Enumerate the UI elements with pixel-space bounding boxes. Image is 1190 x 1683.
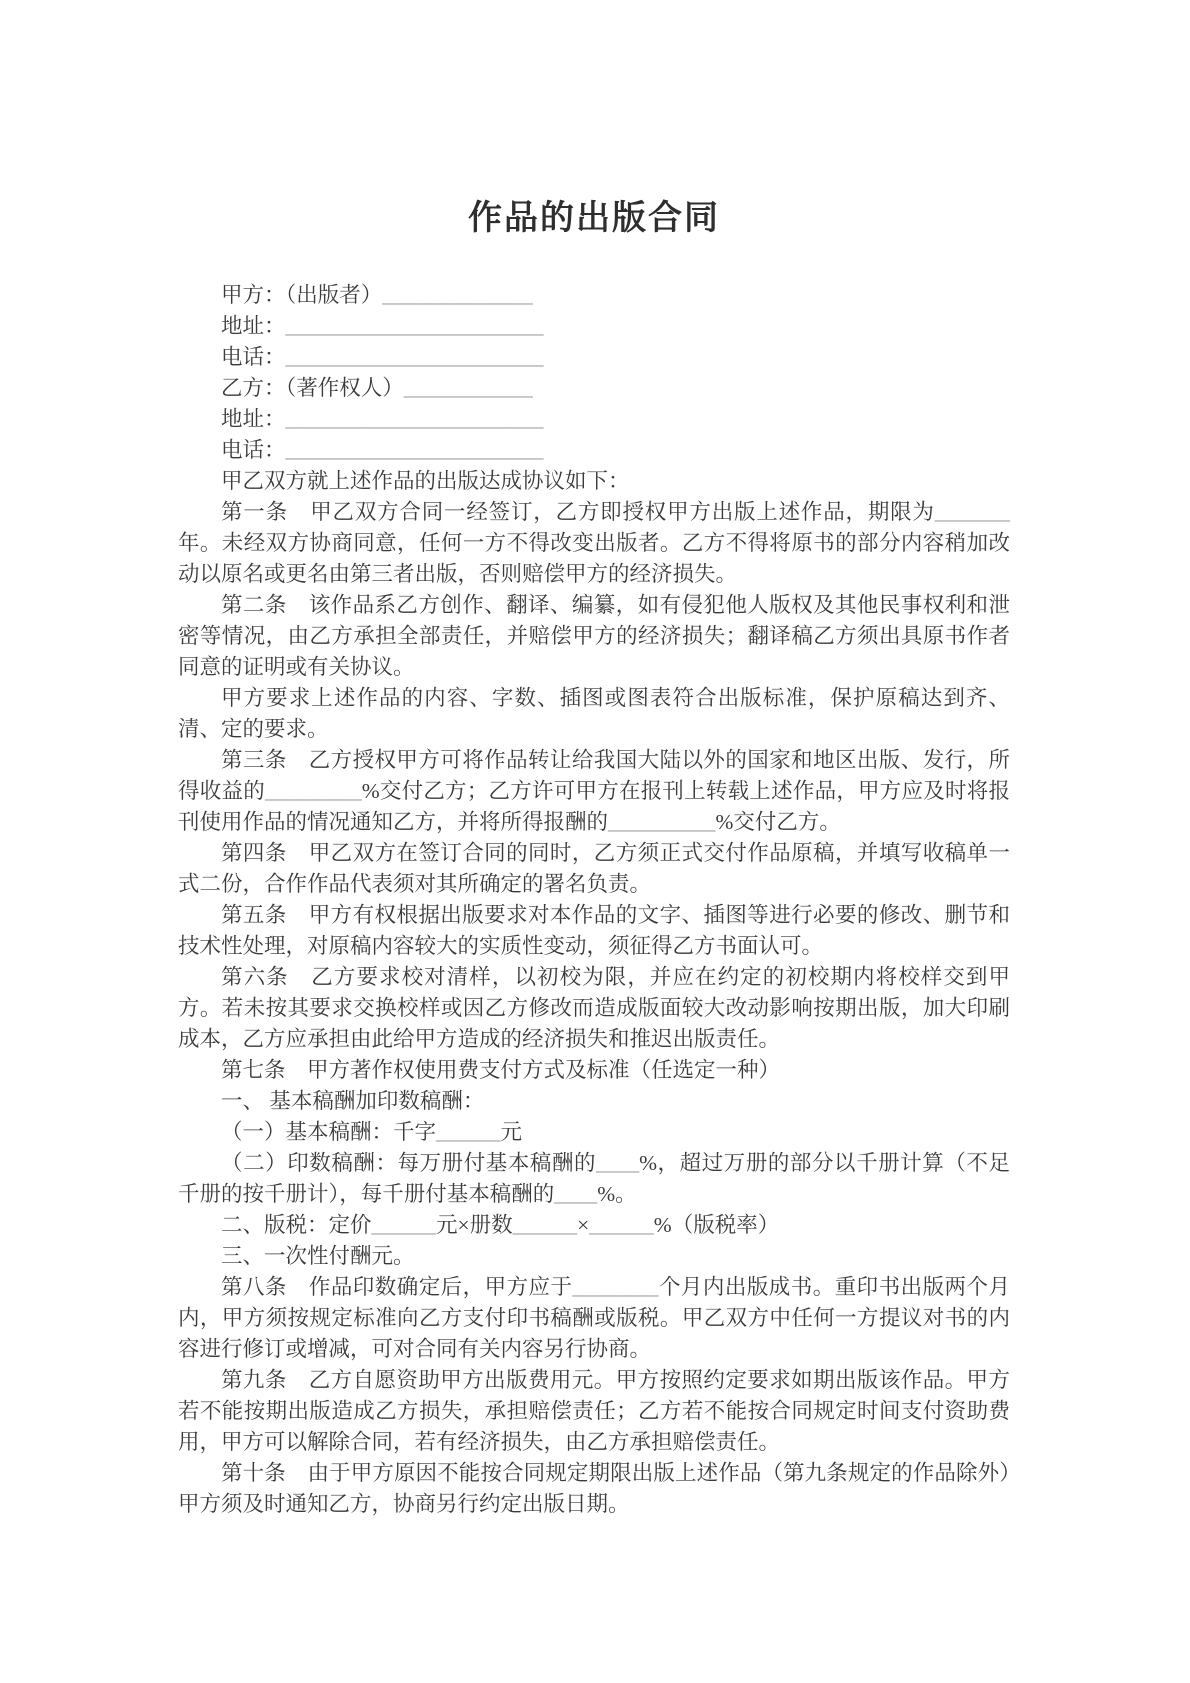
party-info-line: 地址：________________________: [178, 311, 1010, 342]
clause-paragraph: 第七条 甲方著作权使用费支付方式及标准（任选定一种）: [178, 1055, 1010, 1086]
clause-paragraph: 第十条 由于甲方原因不能按合同规定期限出版上述作品（第九条规定的作品除外）甲方须…: [178, 1458, 1010, 1520]
clause-paragraph: 甲方要求上述作品的内容、字数、插图或图表符合出版标准，保护原稿达到齐、清、定的要…: [178, 683, 1010, 745]
party-info-line: 甲方：（出版者）______________: [178, 280, 1010, 311]
fill-in-blank: ____: [554, 1182, 597, 1206]
contract-body: 甲方：（出版者）______________地址：_______________…: [178, 280, 1010, 1520]
fill-in-blank: ________: [573, 1275, 659, 1299]
clause-paragraph: （二）印数稿酬：每万册付基本稿酬的____%，超过万册的部分以千册计算（不足千册…: [178, 1148, 1010, 1210]
fill-in-blank: ________________________: [286, 438, 544, 462]
page-title: 作品的出版合同: [178, 190, 1010, 239]
party-info-block: 甲方：（出版者）______________地址：_______________…: [178, 280, 1010, 466]
fill-in-blank: __________: [608, 810, 716, 834]
fill-in-blank: ________________________: [286, 314, 544, 338]
fill-in-blank: ______: [436, 1120, 501, 1144]
fill-in-blank: _______: [935, 500, 1010, 524]
fill-in-blank: ________________________: [286, 407, 544, 431]
clause-paragraph: 第九条 乙方自愿资助甲方出版费用元。甲方按照约定要求如期出版该作品。甲方若不能按…: [178, 1365, 1010, 1458]
clause-paragraph: 第五条 甲方有权根据出版要求对本作品的文字、插图等进行必要的修改、删节和技术性处…: [178, 900, 1010, 962]
fill-in-blank: ____: [596, 1151, 639, 1175]
contract-page: 作品的出版合同 甲方：（出版者）______________地址：_______…: [0, 0, 1190, 1683]
party-info-line: 电话：________________________: [178, 435, 1010, 466]
fill-in-blank: ______: [589, 1213, 654, 1237]
preamble: 甲乙双方就上述作品的出版达成协议如下：: [178, 466, 1010, 497]
clauses-block: 第一条 甲乙双方合同一经签订，乙方即授权甲方出版上述作品，期限为_______年…: [178, 497, 1010, 1520]
clause-paragraph: 一、 基本稿酬加印数稿酬：: [178, 1086, 1010, 1117]
clause-paragraph: 第三条 乙方授权甲方可将作品转让给我国大陆以外的国家和地区出版、发行，所得收益的…: [178, 745, 1010, 838]
clause-paragraph: 第四条 甲乙双方在签订合同的同时，乙方须正式交付作品原稿，并填写收稿单一式二份，…: [178, 838, 1010, 900]
party-info-line: 电话：________________________: [178, 342, 1010, 373]
fill-in-blank: ______________: [382, 283, 533, 307]
party-info-line: 乙方：（著作权人）____________: [178, 373, 1010, 404]
fill-in-blank: ________________________: [286, 345, 544, 369]
party-info-line: 地址：________________________: [178, 404, 1010, 435]
clause-paragraph: 第八条 作品印数确定后，甲方应于________个月内出版成书。重印书出版两个月…: [178, 1272, 1010, 1365]
fill-in-blank: ____________: [404, 376, 533, 400]
clause-paragraph: 第六条 乙方要求校对清样，以初校为限，并应在约定的初校期内将校样交到甲方。若未按…: [178, 962, 1010, 1055]
clause-paragraph: （一）基本稿酬：千字______元: [178, 1117, 1010, 1148]
clause-paragraph: 第二条 该作品系乙方创作、翻译、编纂，如有侵犯他人版权及其他民事权利和泄密等情况…: [178, 590, 1010, 683]
clause-paragraph: 第一条 甲乙双方合同一经签订，乙方即授权甲方出版上述作品，期限为_______年…: [178, 497, 1010, 590]
clause-paragraph: 二、版税：定价______元×册数______×______%（版税率）: [178, 1210, 1010, 1241]
fill-in-blank: ______: [372, 1213, 437, 1237]
clause-paragraph: 三、一次性付酬元。: [178, 1241, 1010, 1272]
fill-in-blank: _________: [265, 779, 362, 803]
fill-in-blank: ______: [513, 1213, 578, 1237]
